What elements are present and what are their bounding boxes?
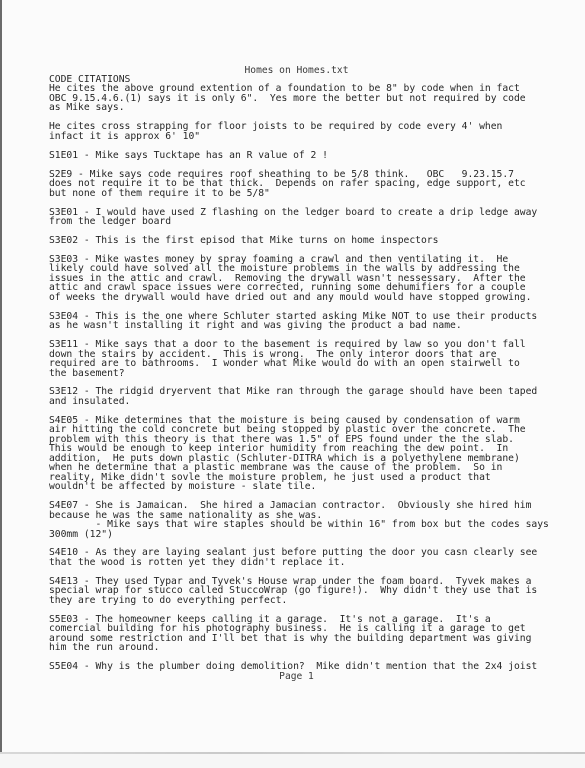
text-line: from the ledger board bbox=[49, 217, 579, 226]
text-line: wouldn't be affected by moisture - slate… bbox=[49, 482, 579, 491]
text-line: infact it is approx 6' 10" bbox=[49, 132, 579, 141]
text-line: that the wood is rotten yet they didn't … bbox=[49, 558, 579, 567]
text-line: - Mike says that wire staples should be … bbox=[49, 520, 579, 529]
text-line: OBC 9.15.4.6.(1) says it is only 6". Yes… bbox=[49, 94, 579, 103]
text-line: and insulated. bbox=[49, 397, 579, 406]
scan-left-edge bbox=[0, 0, 2, 768]
text-line: the basement? bbox=[49, 369, 579, 378]
text-line: required are to bathrooms. I wonder what… bbox=[49, 359, 579, 368]
text-line: but none of them require it to be 5/8" bbox=[49, 189, 579, 198]
text-line: as Mike says. bbox=[49, 103, 579, 112]
text-line: of weeks the drywall would have dried ou… bbox=[49, 293, 579, 302]
text-line: as he wasn't installing it right and was… bbox=[49, 321, 579, 330]
text-line: they are trying to do everything perfect… bbox=[49, 596, 579, 605]
document-body: CODE CITATIONSHe cites the above ground … bbox=[49, 75, 579, 672]
text-line: 300mm (12") bbox=[49, 530, 579, 539]
text-line: S1E01 - Mike says Tucktape has an R valu… bbox=[49, 151, 579, 160]
text-line: him the run around. bbox=[49, 643, 579, 652]
text-line: S3E02 - This is the first episod that Mi… bbox=[49, 236, 579, 245]
next-page-edge bbox=[0, 754, 585, 768]
page-number: Page 1 bbox=[0, 671, 585, 682]
